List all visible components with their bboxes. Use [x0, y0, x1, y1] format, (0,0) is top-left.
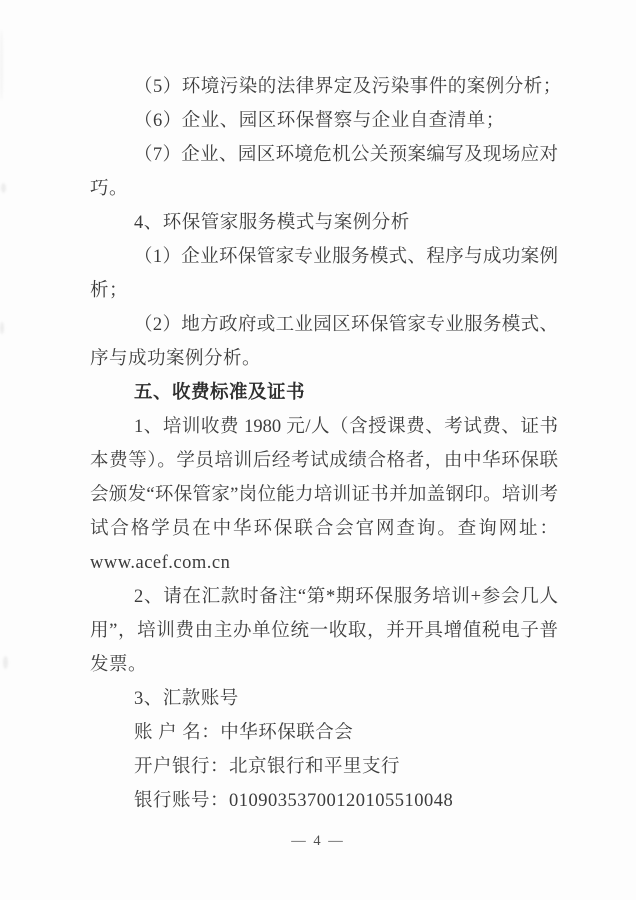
scan-artifact	[0, 30, 3, 100]
scan-artifact	[1, 183, 6, 193]
document-body: （5）环境污染的法律界定及污染事件的案例分析；（6）企业、园区环保督察与企业自查…	[90, 70, 558, 818]
document-line: 序与成功案例分析。	[90, 342, 558, 376]
document-line: 4、环保管家服务模式与案例分析	[90, 206, 558, 240]
document-line: 发票。	[90, 648, 558, 682]
document-line: 析；	[90, 274, 558, 308]
document-line: 巧。	[90, 172, 558, 206]
document-line: 账 户 名：中华环保联合会	[90, 716, 558, 750]
document-line: （2）地方政府或工业园区环保管家专业服务模式、程	[90, 308, 558, 342]
document-line: 开户银行：北京银行和平里支行	[90, 750, 558, 784]
document-line: 用”，培训费由主办单位统一收取，并开具增值税电子普通	[90, 614, 558, 648]
document-line: 试合格学员在中华环保联合会官网查询。查询网址：	[90, 512, 558, 546]
document-page: （5）环境污染的法律界定及污染事件的案例分析；（6）企业、园区环保督察与企业自查…	[0, 0, 636, 900]
document-line: 本费等）。学员培训后经考试成绩合格者，由中华环保联合	[90, 444, 558, 478]
scan-artifact	[3, 656, 8, 669]
document-line: www.acef.com.cn	[90, 546, 558, 580]
document-line: 五、收费标准及证书	[90, 376, 558, 410]
document-line: （7）企业、园区环境危机公关预案编写及现场应对技	[90, 138, 558, 172]
document-line: （6）企业、园区环保督察与企业自查清单；	[90, 104, 558, 138]
document-line: 2、请在汇款时备注“第*期环保服务培训+参会几人费	[90, 580, 558, 614]
document-line: （5）环境污染的法律界定及污染事件的案例分析；	[90, 70, 558, 104]
document-line: （1）企业环保管家专业服务模式、程序与成功案例分	[90, 240, 558, 274]
page-number: — 4 —	[0, 833, 636, 850]
document-line: 3、汇款账号	[90, 682, 558, 716]
document-line: 1、培训收费 1980 元/人（含授课费、考试费、证书工	[90, 410, 558, 444]
document-line: 银行账号：01090353700120105510048	[90, 784, 558, 818]
scan-artifact	[0, 322, 4, 334]
document-line: 会颁发“环保管家”岗位能力培训证书并加盖钢印。培训考	[90, 478, 558, 512]
